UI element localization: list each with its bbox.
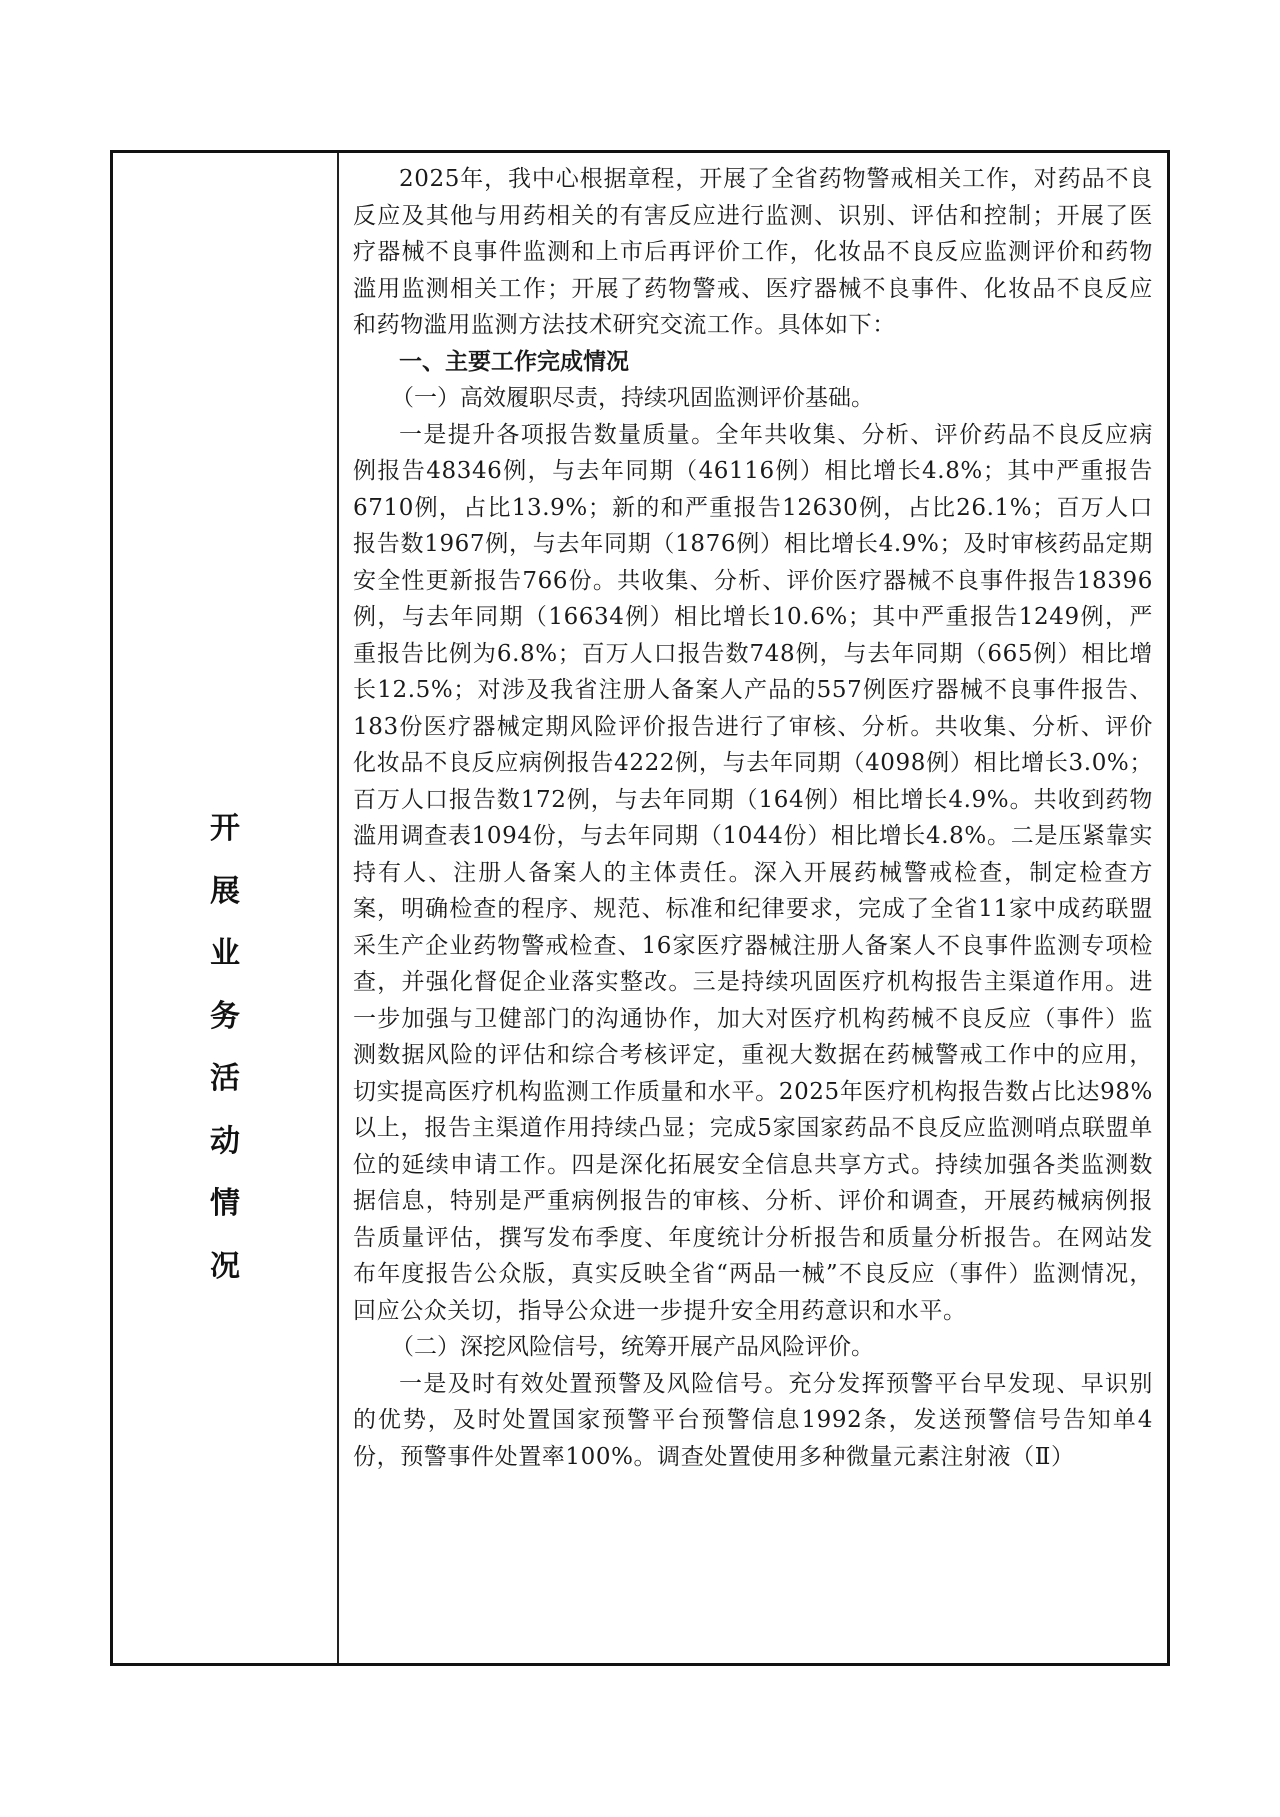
- content-cell: 2025年，我中心根据章程，开展了全省药物警戒相关工作，对药品不良反应及其他与用…: [339, 153, 1167, 1663]
- subsection-heading-1: （一）高效履职尽责，持续巩固监测评价基础。: [353, 380, 1153, 417]
- report-table: 开 展 业 务 活 动 情 况 2025年，我中心根据章程，开展了全省药物警戒相…: [110, 150, 1170, 1666]
- subsection-body-2: 一是及时有效处置预警及风险信号。充分发挥预警平台早发现、早识别的优势，及时处置国…: [353, 1366, 1153, 1476]
- intro-paragraph: 2025年，我中心根据章程，开展了全省药物警戒相关工作，对药品不良反应及其他与用…: [353, 161, 1153, 344]
- label-char: 务: [113, 986, 337, 1049]
- label-char: 开: [113, 798, 337, 861]
- label-char: 活: [113, 1048, 337, 1111]
- subsection-heading-2: （二）深挖风险信号，统筹开展产品风险评价。: [353, 1329, 1153, 1366]
- label-char: 情: [113, 1173, 337, 1236]
- label-char: 况: [113, 1236, 337, 1299]
- label-char: 展: [113, 861, 337, 924]
- label-char: 动: [113, 1111, 337, 1174]
- row-label-vertical-text: 开 展 业 务 活 动 情 况: [113, 798, 337, 1298]
- subsection-body-1: 一是提升各项报告数量质量。全年共收集、分析、评价药品不良反应病例报告48346例…: [353, 417, 1153, 1330]
- label-char: 业: [113, 923, 337, 986]
- section-heading: 一、主要工作完成情况: [353, 344, 1153, 381]
- row-label-cell: 开 展 业 务 活 动 情 况: [113, 153, 339, 1663]
